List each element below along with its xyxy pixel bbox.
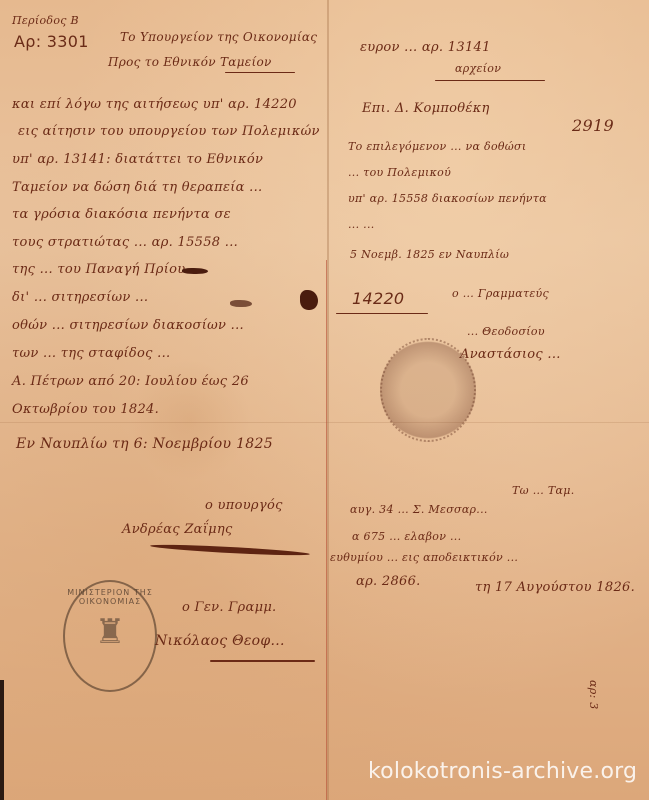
secretary-office: ... Θεοδοσίου bbox=[467, 325, 545, 338]
signature-name-minister: Ανδρέας Ζαΐμης bbox=[122, 522, 233, 537]
signature-underline bbox=[210, 660, 315, 662]
signature-title-minister: ο υπουργός bbox=[205, 498, 283, 513]
body-line: εις αίτησιν του υπουργείου των Πολεμικών bbox=[18, 124, 320, 139]
payment-line: α 675 ... ελαβον ... bbox=[352, 530, 461, 543]
signature-name-secretary: Νικόλαος Θεοφ... bbox=[155, 633, 285, 649]
archive-watermark: kolokotronis-archive.org bbox=[368, 759, 637, 784]
payment-note-header: Τω ... Ταμ. bbox=[512, 484, 575, 497]
archive-note: αρχείον bbox=[455, 62, 501, 75]
body-line: και επί λόγω της αιτήσεως υπ' αρ. 14220 bbox=[12, 97, 297, 112]
margin-rule bbox=[326, 260, 327, 800]
body-line: Ταμείον να δώση διά τη θεραπεία ... bbox=[12, 180, 262, 195]
note-underline bbox=[435, 80, 545, 81]
signature-flourish bbox=[150, 543, 310, 557]
section-line: Το επιλεγόμενον ... να δοθώσι bbox=[348, 140, 526, 153]
torn-edge bbox=[0, 680, 4, 800]
section-line: υπ' αρ. 15558 διακοσίων πενήντα bbox=[348, 192, 547, 205]
section-line: ... του Πολεμικού bbox=[348, 166, 451, 179]
payment-line: ευθυμίου ... εις αποδεικτικόν ... bbox=[330, 551, 518, 564]
vertical-fold bbox=[327, 0, 329, 800]
secretary-signature: Αναστάσιος ... bbox=[460, 347, 561, 362]
body-line: των ... της σταφίδος ... bbox=[12, 346, 170, 361]
issuer-title: Το Υπουργείον της Οικονομίας bbox=[120, 30, 317, 44]
section-number: 2919 bbox=[572, 116, 614, 135]
ink-blot bbox=[230, 300, 252, 307]
folio-number: αρ: 3 bbox=[587, 680, 600, 710]
title-underline bbox=[225, 72, 295, 73]
body-line: δι' ... σιτηρεσίων ... bbox=[12, 290, 148, 305]
document-reference-number: Αρ: 3301 bbox=[14, 32, 89, 51]
section-line: ... ... bbox=[348, 218, 375, 231]
period-label: Περίοδος Β bbox=[12, 14, 79, 27]
top-reference-note: ευρον ... αρ. 13141 bbox=[360, 40, 491, 55]
payment-line: αυγ. 34 ... Σ. Μεσσαρ... bbox=[350, 503, 488, 516]
manuscript-page: Περίοδος Β Αρ: 3301 Το Υπουργείον της Οι… bbox=[0, 0, 649, 800]
ministry-seal: ΜΙΝΙΣΤΕΡΙΟΝ ΤΗΣ ΟΙΚΟΝΟΜΙΑΣ ♜ bbox=[63, 580, 157, 692]
reference-number-14220: 14220 bbox=[352, 289, 404, 308]
date-line: Εν Ναυπλίω τη 6: Νοεμβρίου 1825 bbox=[16, 436, 273, 452]
body-line: τα γρόσια διακόσια πενήντα σε bbox=[12, 207, 231, 222]
body-line: οθών ... σιτηρεσίων διακοσίων ... bbox=[12, 318, 244, 333]
ref-underline bbox=[336, 313, 428, 314]
ink-blot bbox=[182, 268, 208, 274]
ink-blot bbox=[300, 290, 318, 310]
section-date-line: 5 Νοεμβ. 1825 εν Ναυπλίω bbox=[350, 248, 509, 261]
body-line: της ... του Παναγή Πρίου bbox=[12, 262, 185, 277]
faded-stamp bbox=[380, 338, 476, 442]
seal-figure-icon: ♜ bbox=[95, 612, 125, 652]
body-line: υπ' αρ. 13141: διατάττει το Εθνικόν bbox=[12, 152, 263, 167]
body-line: Α. Πέτρων από 20: Ιουλίου έως 26 bbox=[12, 374, 249, 389]
signature-title-secretary: ο Γεν. Γραμμ. bbox=[182, 600, 277, 615]
body-line: τους στρατιώτας ... αρ. 15558 ... bbox=[12, 235, 238, 250]
seal-text: ΜΙΝΙΣΤΕΡΙΟΝ ΤΗΣ ΟΙΚΟΝΟΜΙΑΣ bbox=[65, 588, 155, 606]
section-header: Επι. Δ. Κομποθέκη bbox=[362, 101, 490, 116]
payment-date: τη 17 Αυγούστου 1826. bbox=[475, 580, 635, 595]
payment-ref: αρ. 2866. bbox=[356, 574, 421, 589]
horizontal-fold bbox=[0, 422, 649, 423]
recipient-title: Προς το Εθνικόν Ταμείον bbox=[108, 55, 272, 69]
secretary-title: ο ... Γραμματεύς bbox=[452, 287, 549, 300]
body-line: Οκτωβρίου του 1824. bbox=[12, 402, 159, 417]
